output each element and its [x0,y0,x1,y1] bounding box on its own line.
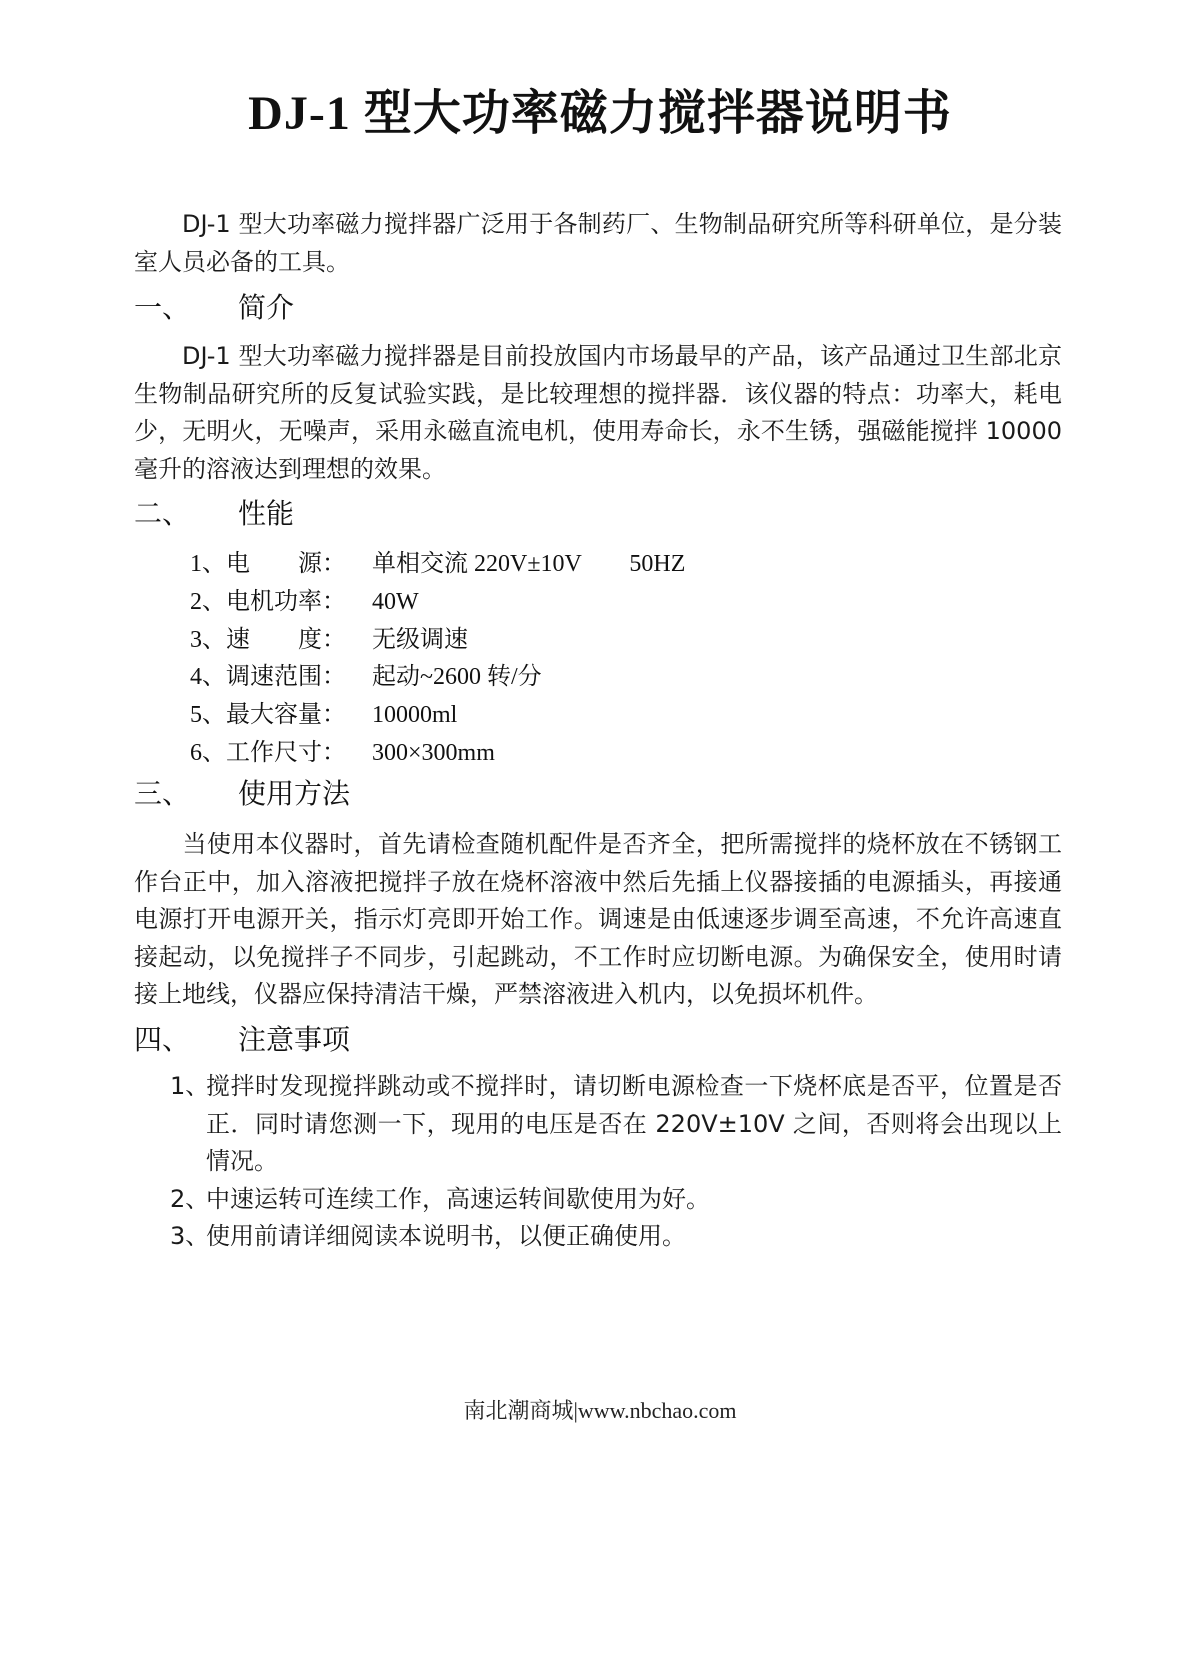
note-text: 搅拌时发现搅拌跳动或不搅拌时，请切断电源检查一下烧杯底是否平，位置是否正．同时请… [206,1068,1062,1181]
section-number: 四、 [134,1020,238,1060]
note-text: 使用前请详细阅读本说明书，以便正确使用。 [206,1218,1062,1256]
footer-watermark: 南北潮商城|www.nbchao.com [0,1396,1200,1426]
spec-value: 起动~2600 转/分 [372,659,542,697]
spec-row-power-supply: 1、电 源： 单相交流 220V±10V 50HZ [190,546,685,584]
section-number: 一、 [134,288,238,328]
intro-paragraph: DJ-1 型大功率磁力搅拌器广泛用于各制药厂、生物制品研究所等科研单位，是分装室… [134,206,1062,281]
spec-value: 40W [372,584,419,622]
notes-list: 1、 搅拌时发现搅拌跳动或不搅拌时，请切断电源检查一下烧杯底是否平，位置是否正．… [170,1068,1062,1256]
spec-value: 10000ml [372,697,457,735]
note-item: 3、 使用前请详细阅读本说明书，以便正确使用。 [170,1218,1062,1256]
section-body-intro: DJ-1 型大功率磁力搅拌器是目前投放国内市场最早的产品，该产品通过卫生部北京生… [134,338,1062,488]
spec-label: 2、电机功率： [190,584,372,622]
spec-label: 3、速 度： [190,622,372,660]
spec-label: 4、调速范围： [190,659,372,697]
spec-row-speed: 3、速 度： 无级调速 [190,622,685,660]
section-title: 简介 [238,291,294,324]
spec-label: 6、工作尺寸： [190,735,372,773]
section-title: 性能 [238,497,294,530]
note-number: 2、 [170,1181,206,1219]
note-number: 1、 [170,1068,206,1181]
note-item: 2、 中速运转可连续工作，高速运转间歇使用为好。 [170,1181,1062,1219]
section-title: 注意事项 [238,1023,350,1056]
spec-value: 无级调速 [372,622,468,660]
note-item: 1、 搅拌时发现搅拌跳动或不搅拌时，请切断电源检查一下烧杯底是否平，位置是否正．… [170,1068,1062,1181]
section-body-usage: 当使用本仪器时，首先请检查随机配件是否齐全，把所需搅拌的烧杯放在不锈钢工作台正中… [134,826,1062,1014]
section-heading-performance: 二、性能 [134,494,294,534]
intro-text: DJ-1 型大功率磁力搅拌器广泛用于各制药厂、生物制品研究所等科研单位，是分装室… [134,210,1062,276]
spec-label: 1、电 源： [190,546,372,584]
spec-row-motor-power: 2、电机功率： 40W [190,584,685,622]
section-heading-intro: 一、简介 [134,288,294,328]
note-number: 3、 [170,1218,206,1256]
spec-value: 单相交流 220V±10V 50HZ [372,546,685,584]
document-title: DJ-1 型大功率磁力搅拌器说明书 [0,82,1200,146]
section-heading-usage: 三、使用方法 [134,774,350,814]
spec-list: 1、电 源： 单相交流 220V±10V 50HZ 2、电机功率： 40W 3、… [190,546,685,773]
note-text: 中速运转可连续工作，高速运转间歇使用为好。 [206,1181,1062,1219]
section-number: 二、 [134,494,238,534]
section-body-text: 当使用本仪器时，首先请检查随机配件是否齐全，把所需搅拌的烧杯放在不锈钢工作台正中… [134,830,1062,1008]
spec-row-work-size: 6、工作尺寸： 300×300mm [190,735,685,773]
spec-row-max-capacity: 5、最大容量： 10000ml [190,697,685,735]
spec-row-speed-range: 4、调速范围： 起动~2600 转/分 [190,659,685,697]
spec-value: 300×300mm [372,735,495,773]
section-number: 三、 [134,774,238,814]
spec-label: 5、最大容量： [190,697,372,735]
section-heading-notes: 四、注意事项 [134,1020,350,1060]
section-body-text: DJ-1 型大功率磁力搅拌器是目前投放国内市场最早的产品，该产品通过卫生部北京生… [134,342,1062,483]
section-title: 使用方法 [238,777,350,810]
